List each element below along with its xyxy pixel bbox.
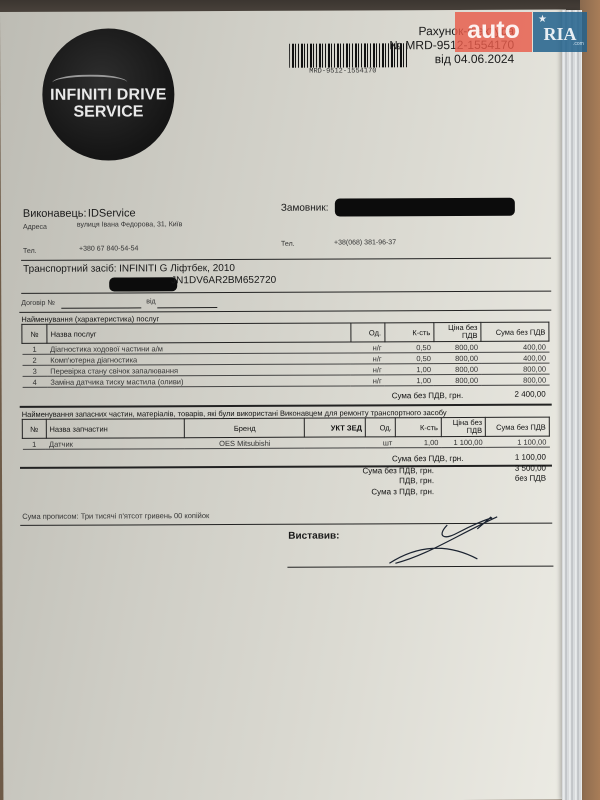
row-brand: OES Mitsubishi <box>185 437 305 449</box>
row-no: 1 <box>22 438 46 449</box>
customer-name-redacted <box>335 198 515 217</box>
services-table-header: № Назва послуг Од. К-сть Ціна без ПДВ Су… <box>22 322 549 343</box>
col-unit: Од. <box>365 418 395 437</box>
customer-phone-label: Тел. <box>281 241 295 248</box>
col-name: Назва послуг <box>47 323 351 343</box>
watermark-auto: auto <box>455 12 532 52</box>
customer-phone: +38(068) 381-96-37 <box>334 239 396 246</box>
handwritten-signature-icon <box>387 515 507 571</box>
grand-sum-with-vat-label: Сума з ПДВ, грн. <box>371 487 434 496</box>
services-table: № Назва послуг Од. К-сть Ціна без ПДВ Су… <box>21 322 549 388</box>
row-price: 800,00 <box>434 352 481 363</box>
vehicle-vin: JN1DV6AR2BM652720 <box>171 275 276 286</box>
col-sum: Сума без ПДВ <box>486 417 550 436</box>
row-sum: 400,00 <box>481 352 549 363</box>
background-right <box>580 0 600 800</box>
divider <box>20 465 552 469</box>
executor-phone: +380 67 840-54-54 <box>79 245 138 252</box>
executor-address: вулиця Івана Федорова, 31, Київ <box>77 221 182 228</box>
row-unit: н/г <box>351 364 385 375</box>
table-row: 1 Датчик OES Mitsubishi шт 1,00 1 100,00… <box>22 436 549 449</box>
contract-number-field[interactable] <box>61 307 141 308</box>
col-sum: Сума без ПДВ <box>481 322 549 341</box>
col-no: № <box>22 324 47 343</box>
row-no: 4 <box>22 376 47 387</box>
row-qty: 0,50 <box>385 353 434 364</box>
customer-label: Замовник: <box>281 203 329 214</box>
divider <box>19 310 551 313</box>
col-ukt: УКТ ЗЕД <box>305 418 366 437</box>
row-sum: 400,00 <box>481 341 549 352</box>
company-logo: INFINITI DRIVE SERVICE <box>42 28 175 161</box>
row-qty: 0,50 <box>385 342 434 353</box>
executor-phone-label: Тел. <box>23 248 37 255</box>
divider <box>21 291 551 294</box>
services-total-value: 2 400,00 <box>515 390 546 399</box>
vehicle-label: Транспортний засіб: <box>23 263 116 274</box>
col-qty: К-сть <box>395 418 441 437</box>
col-price: Ціна без ПДВ <box>434 322 481 341</box>
logo-line2: SERVICE <box>42 103 174 122</box>
col-brand: Бренд <box>185 418 305 438</box>
contract-label: Договір № <box>21 300 55 307</box>
row-name: Заміна датчика тиску мастила (оливи) <box>47 375 351 387</box>
row-qty: 1,00 <box>385 364 434 375</box>
row-no: 3 <box>22 365 47 376</box>
star-icon: ★ <box>538 14 547 25</box>
row-price: 800,00 <box>434 374 481 385</box>
watermark-domain: .com <box>573 41 584 47</box>
row-no: 1 <box>22 343 47 354</box>
grand-sum-no-vat-value: 3 500,00 <box>515 464 546 473</box>
row-name: Датчик <box>46 438 185 450</box>
table-row: 4 Заміна датчика тиску мастила (оливи) н… <box>22 374 549 387</box>
col-no: № <box>22 419 46 438</box>
row-unit: н/г <box>351 342 385 353</box>
row-unit: н/г <box>351 353 385 364</box>
col-name: Назва запчастин <box>46 419 185 439</box>
invoice-date: від 04.06.2024 <box>435 52 514 66</box>
col-unit: Од. <box>351 323 385 342</box>
barcode-text: MRD-9512-1554170 <box>309 67 376 75</box>
row-unit: шт <box>365 437 395 448</box>
row-no: 2 <box>22 354 47 365</box>
row-price: 800,00 <box>434 363 481 374</box>
logo-line1: INFINITI DRIVE <box>42 86 174 105</box>
parts-table-header: № Назва запчастин Бренд УКТ ЗЕД Од. К-ст… <box>22 417 549 438</box>
parts-total-label: Сума без ПДВ, грн. <box>392 454 464 463</box>
grand-vat-label: ПДВ, грн. <box>399 476 434 485</box>
row-price: 800,00 <box>434 341 481 352</box>
divider <box>21 258 551 261</box>
vin-redacted <box>109 277 177 291</box>
vehicle-value: INFINITI G Ліфтбек, 2010 <box>119 263 235 275</box>
autoria-watermark: auto RIA ★ .com <box>455 12 587 52</box>
row-price: 1 100,00 <box>441 436 485 447</box>
grand-sum-no-vat-label: Сума без ПДВ, грн. <box>363 466 435 475</box>
grand-vat-value: без ПДВ <box>515 474 546 483</box>
row-ukt <box>305 437 366 448</box>
binder-spine <box>562 10 582 800</box>
executor-label: Виконавець: <box>23 208 87 220</box>
parts-table: № Назва запчастин Бренд УКТ ЗЕД Од. К-ст… <box>22 417 550 450</box>
col-price: Ціна без ПДВ <box>441 417 485 436</box>
row-sum: 800,00 <box>481 363 549 374</box>
invoice-document: INFINITI DRIVE SERVICE MRD-9512-1554170 … <box>0 10 569 800</box>
row-unit: н/г <box>351 375 385 386</box>
row-sum: 800,00 <box>481 374 549 385</box>
col-qty: К-сть <box>384 323 433 342</box>
signature-label: Виставив: <box>288 531 339 542</box>
amount-in-words: Сума прописом: Три тисячі п'ятсот гривен… <box>22 511 209 521</box>
row-sum: 1 100,00 <box>486 436 550 447</box>
row-qty: 1,00 <box>395 437 441 448</box>
divider <box>20 404 552 408</box>
contract-date-label: від <box>146 298 155 305</box>
executor-name: IDService <box>88 207 136 219</box>
services-total-label: Сума без ПДВ, грн. <box>392 391 464 400</box>
contract-date-field[interactable] <box>157 307 217 308</box>
parts-total-value: 1 100,00 <box>515 453 546 462</box>
executor-address-label: Адреса <box>23 224 47 231</box>
row-qty: 1,00 <box>385 375 434 386</box>
